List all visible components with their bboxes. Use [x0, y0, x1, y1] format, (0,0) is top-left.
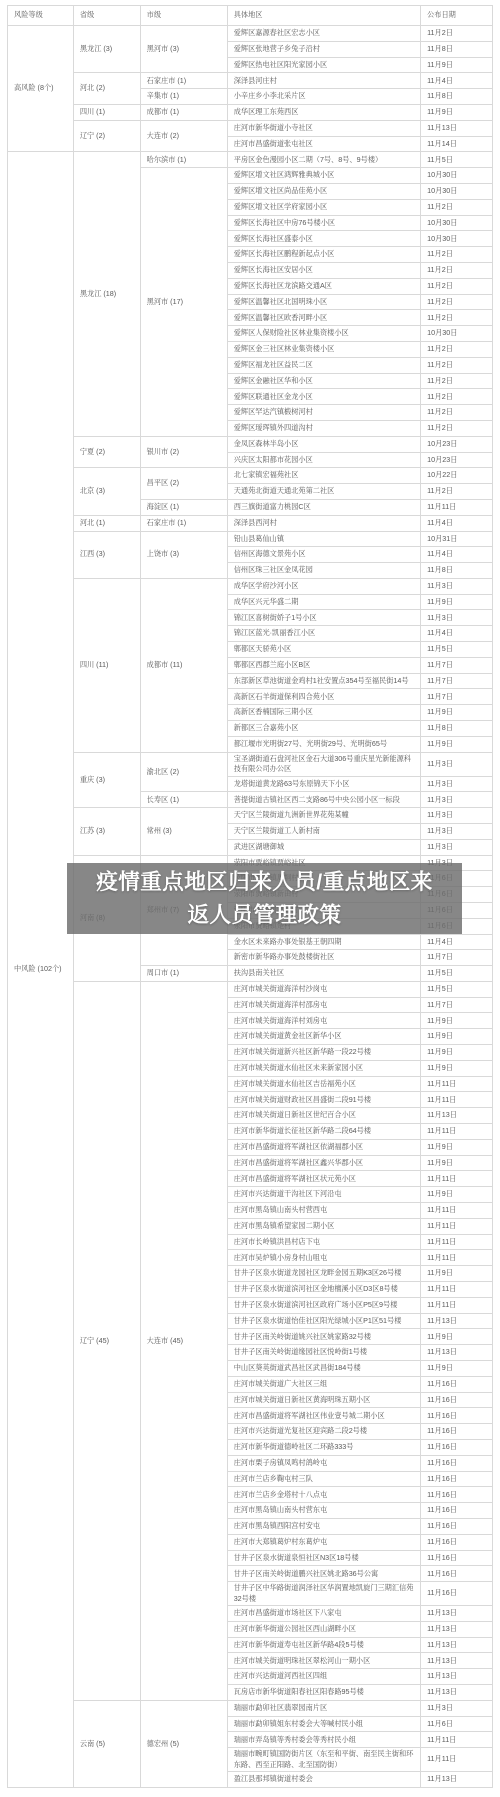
date-cell: 11月11日 — [421, 1250, 493, 1266]
table-row: 四川 (11)成都市 (11)成华区学府沙河小区11月3日 — [8, 578, 493, 594]
area-cell: 金凤区森林半岛小区 — [227, 436, 420, 452]
area-cell: 爱辉区金融社区华和小区 — [227, 373, 420, 389]
table-row: 北京 (3)昌平区 (2)北七家镇宏福苑社区10月22日 — [8, 468, 493, 484]
area-cell: 庄河市黑岛镇希望家园二期小区 — [227, 1218, 420, 1234]
area-cell: 中山区葵英街道武昌社区武昌街184号楼 — [227, 1361, 420, 1377]
area-cell: 新都区三合嘉苑小区 — [227, 721, 420, 737]
province-cell: 河北 (1) — [73, 515, 140, 531]
date-cell: 11月16日 — [421, 1455, 493, 1471]
column-header-0: 风险等级 — [8, 6, 74, 26]
area-cell: 庄河市城关街道明珠社区翠松河山一期小区 — [227, 1653, 420, 1669]
overlay-title-banner: 疫情重点地区归来人员/重点地区来 返人员管理政策 — [67, 863, 462, 934]
date-cell: 11月16日 — [421, 1566, 493, 1582]
area-cell: 深泽县西河村 — [227, 515, 420, 531]
date-cell: 11月9日 — [421, 1060, 493, 1076]
area-cell: 盈江县那邦镇街道村委会 — [227, 1772, 420, 1788]
date-cell: 11月13日 — [421, 1606, 493, 1622]
area-cell: 成华区理工东苑西区 — [227, 104, 420, 120]
area-cell: 爱辉区热电社区阳光家园小区 — [227, 57, 420, 73]
area-cell: 爱辉区增文社区鸿辉雅典城小区 — [227, 168, 420, 184]
date-cell: 11月16日 — [421, 1550, 493, 1566]
city-cell: 辛集市 (1) — [140, 89, 227, 105]
area-cell: 爱辉区人保财险社区林业集资楼小区 — [227, 326, 420, 342]
area-cell: 庄河市新华街道公园社区西山湖畔小区 — [227, 1621, 420, 1637]
table-row: 河北 (2)石家庄市 (1)深泽县河庄村11月4日 — [8, 73, 493, 89]
date-cell: 11月8日 — [421, 721, 493, 737]
area-cell: 爱辉区罕达汽镇椴树河村 — [227, 405, 420, 421]
province-cell: 北京 (3) — [73, 468, 140, 515]
city-cell: 石家庄市 (1) — [140, 515, 227, 531]
area-cell: 锦江区喜树街娇子1号小区 — [227, 610, 420, 626]
area-cell: 庄河市黑岛镇西阳宫村安屯 — [227, 1518, 420, 1534]
city-cell: 常州 (3) — [140, 808, 227, 855]
city-cell: 黑河市 (3) — [140, 26, 227, 73]
area-cell: 甘井子区中华路街道润泽社区华润置地凯旋门三期汇信苑32号楼 — [227, 1582, 420, 1606]
date-cell: 11月11日 — [421, 1732, 493, 1748]
overlay-title-line2: 返人员管理政策 — [187, 899, 341, 931]
area-cell: 庄河市新华街道小寺社区 — [227, 120, 420, 136]
province-cell: 云南 (5) — [73, 1700, 140, 1787]
city-cell: 成都市 (11) — [140, 578, 227, 752]
area-cell: 扶沟县南关社区 — [227, 966, 420, 982]
area-cell: 高新区石羊街道保利四合苑小区 — [227, 689, 420, 705]
area-cell: 庄河市城关街道海洋村沙岗屯 — [227, 981, 420, 997]
date-cell: 11月11日 — [421, 1282, 493, 1298]
area-cell: 爱辉区瑷珲镇外四道沟村 — [227, 420, 420, 436]
date-cell: 11月9日 — [421, 1029, 493, 1045]
date-cell: 11月2日 — [421, 484, 493, 500]
province-cell: 辽宁 (2) — [73, 120, 140, 152]
area-cell: 甘井子区泉水街道滨河社区政府广场小区P5区9号楼 — [227, 1297, 420, 1313]
date-cell: 11月4日 — [421, 934, 493, 950]
area-cell: 庄河市昌盛街道市场社区下八家屯 — [227, 1606, 420, 1622]
table-row: 云南 (5)德宏州 (5)瑞丽市勐卯社区翡翠园南片区11月3日 — [8, 1700, 493, 1716]
date-cell: 11月13日 — [421, 1669, 493, 1685]
date-cell: 11月9日 — [421, 1045, 493, 1061]
date-cell: 11月2日 — [421, 373, 493, 389]
area-cell: 爱辉区温馨社区欧香河畔小区 — [227, 310, 420, 326]
date-cell: 11月3日 — [421, 610, 493, 626]
date-cell: 10月23日 — [421, 452, 493, 468]
area-cell: 庄河市新华街道德岭社区二环路333号 — [227, 1440, 420, 1456]
date-cell: 11月13日 — [421, 1345, 493, 1361]
area-cell: 庄河市兴达街道光复社区迎宾路二段2号楼 — [227, 1424, 420, 1440]
date-cell: 11月16日 — [421, 1518, 493, 1534]
date-cell: 11月3日 — [421, 776, 493, 792]
province-cell: 四川 (1) — [73, 104, 140, 120]
area-cell: 庄河市兰店乡金塔村十八点屯 — [227, 1487, 420, 1503]
table-row: 河北 (1)石家庄市 (1)深泽县西河村11月4日 — [8, 515, 493, 531]
area-cell: 高新区香楠国际三期小区 — [227, 705, 420, 721]
date-cell: 11月11日 — [421, 1124, 493, 1140]
area-cell: 甘井子区泉水街道龙园社区龙畔金园五期K3区26号楼 — [227, 1266, 420, 1282]
area-cell: 庄河市城关街道海洋村邵房屯 — [227, 997, 420, 1013]
area-cell: 庄河市昌盛街道将军湖社区状元苑小区 — [227, 1171, 420, 1187]
date-cell: 11月13日 — [421, 120, 493, 136]
area-cell: 庄河市栗子房镇凤鸣村鸽岭屯 — [227, 1455, 420, 1471]
page: { "overlay": { "title_line1": "疫情重点地区归来人… — [0, 0, 500, 1797]
area-cell: 西三旗街道富力桃园C区 — [227, 499, 420, 515]
date-cell: 11月13日 — [421, 1685, 493, 1701]
date-cell: 11月16日 — [421, 1582, 493, 1606]
date-cell: 10月30日 — [421, 183, 493, 199]
area-cell: 庄河市新华街道长征社区新华路二段64号楼 — [227, 1124, 420, 1140]
area-cell: 爱辉区福龙社区益民二区 — [227, 357, 420, 373]
date-cell: 11月9日 — [421, 57, 493, 73]
area-cell: 武进区湖塘御城 — [227, 839, 420, 855]
column-header-4: 公布日期 — [421, 6, 493, 26]
date-cell: 11月5日 — [421, 966, 493, 982]
area-cell: 龙塔街道黄龙路63号东原锦天下小区 — [227, 776, 420, 792]
area-cell: 爱辉区长海社区盛泰小区 — [227, 231, 420, 247]
date-cell: 11月16日 — [421, 1408, 493, 1424]
area-cell: 庄河市大郑镇葛炉村东葛炉屯 — [227, 1534, 420, 1550]
date-cell: 11月9日 — [421, 736, 493, 752]
area-cell: 天通苑北街道天通北苑第二社区 — [227, 484, 420, 500]
date-cell: 11月16日 — [421, 1503, 493, 1519]
date-cell: 11月11日 — [421, 1297, 493, 1313]
area-cell: 庄河市吴炉镇小房身村山咀屯 — [227, 1250, 420, 1266]
area-cell: 小辛庄乡小李北采片区 — [227, 89, 420, 105]
date-cell: 11月2日 — [421, 262, 493, 278]
province-cell: 四川 (11) — [73, 578, 140, 752]
date-cell: 11月9日 — [421, 1139, 493, 1155]
date-cell: 11月7日 — [421, 673, 493, 689]
area-cell: 庄河市黑岛镇山南头村营西屯 — [227, 1203, 420, 1219]
overlay-title-line1: 疫情重点地区归来人员/重点地区来 — [96, 866, 432, 898]
area-cell: 成华区兴元华盛二期 — [227, 594, 420, 610]
date-cell: 11月7日 — [421, 997, 493, 1013]
date-cell: 11月13日 — [421, 1772, 493, 1788]
area-cell: 庄河市城关街道日新社区黄海明珠五期小区 — [227, 1392, 420, 1408]
date-cell: 11月7日 — [421, 657, 493, 673]
area-cell: 庄河市新华街道寿屯社区新华路4段5号楼 — [227, 1637, 420, 1653]
province-cell: 黑龙江 (3) — [73, 26, 140, 73]
date-cell: 10月31日 — [421, 531, 493, 547]
date-cell: 11月3日 — [421, 1700, 493, 1716]
area-cell: 爱辉区长海社区安居小区 — [227, 262, 420, 278]
risk-table-header: 风险等级省级市级具体地区公布日期 — [8, 6, 493, 26]
area-cell: 平房区金色漫园小区二期（7号、8号、9号楼） — [227, 152, 420, 168]
area-cell: 成华区学府沙河小区 — [227, 578, 420, 594]
date-cell: 11月16日 — [421, 1440, 493, 1456]
area-cell: 庄河市昌盛街道将军湖社区依湖福郡小区 — [227, 1139, 420, 1155]
city-cell: 大连市 (2) — [140, 120, 227, 152]
date-cell: 11月3日 — [421, 823, 493, 839]
city-cell: 德宏州 (5) — [140, 1700, 227, 1787]
date-cell: 11月13日 — [421, 1637, 493, 1653]
area-cell: 甘井子区南关岭街道姚兴社区姚家路32号楼 — [227, 1329, 420, 1345]
area-cell: 瑞丽市勐卯社区翡翠园南片区 — [227, 1700, 420, 1716]
area-cell: 瑞丽市弄岛镇等秀村委会等秀村民小组 — [227, 1732, 420, 1748]
date-cell: 11月8日 — [421, 563, 493, 579]
area-cell: 爱辉区增文社区尚品佳苑小区 — [227, 183, 420, 199]
date-cell: 11月9日 — [421, 1361, 493, 1377]
date-cell: 11月7日 — [421, 689, 493, 705]
area-cell: 信州区珠三社区金凤花园 — [227, 563, 420, 579]
area-cell: 庄河市昌盛街道张屯社区 — [227, 136, 420, 152]
province-cell: 江西 (3) — [73, 531, 140, 578]
date-cell: 11月2日 — [421, 357, 493, 373]
province-cell: 宁夏 (2) — [73, 436, 140, 468]
area-cell: 庄河市兰店乡鞠屯村三队 — [227, 1471, 420, 1487]
area-cell: 庄河市兴达街道干沟社区下河沿屯 — [227, 1187, 420, 1203]
date-cell: 11月16日 — [421, 1487, 493, 1503]
area-cell: 瓦房店市新华街道阳春社区阳春路95号楼 — [227, 1685, 420, 1701]
date-cell: 11月16日 — [421, 1471, 493, 1487]
date-cell: 11月6日 — [421, 1716, 493, 1732]
date-cell: 11月5日 — [421, 152, 493, 168]
date-cell: 10月30日 — [421, 215, 493, 231]
date-cell: 11月7日 — [421, 950, 493, 966]
area-cell: 庄河市黑岛镇山南头村营东屯 — [227, 1503, 420, 1519]
area-cell: 信州区海德文景苑小区 — [227, 547, 420, 563]
area-cell: 甘井子区泉水街道滨河社区金地檀溪小区D3区8号楼 — [227, 1282, 420, 1298]
date-cell: 10月30日 — [421, 326, 493, 342]
date-cell: 11月2日 — [421, 310, 493, 326]
area-cell: 宝圣湖街道石盘河社区金石大道306号重庆星光新能源科技有限公司办公区 — [227, 752, 420, 776]
date-cell: 11月8日 — [421, 41, 493, 57]
area-cell: 天宁区兰陵街道九洲新世界花苑某幢 — [227, 808, 420, 824]
city-cell: 昌平区 (2) — [140, 468, 227, 500]
date-cell: 11月9日 — [421, 705, 493, 721]
city-cell: 海淀区 (1) — [140, 499, 227, 515]
date-cell: 11月9日 — [421, 594, 493, 610]
city-cell: 哈尔滨市 (1) — [140, 152, 227, 168]
date-cell: 11月8日 — [421, 89, 493, 105]
area-cell: 庄河市长岭镇洪昌村店下屯 — [227, 1234, 420, 1250]
city-cell: 周口市 (1) — [140, 966, 227, 982]
area-cell: 甘井子区泉水街道泉恒社区N3区18号楼 — [227, 1550, 420, 1566]
date-cell: 11月3日 — [421, 792, 493, 808]
area-cell: 北七家镇宏福苑社区 — [227, 468, 420, 484]
city-cell: 渝北区 (2) — [140, 752, 227, 792]
area-cell: 庄河市城关街道水仙社区未来新家园小区 — [227, 1060, 420, 1076]
area-cell: 菩提街道古镇社区西二支路86号中央公园小区一标段 — [227, 792, 420, 808]
area-cell: 庄河市城关街道财政社区昌盛街二段91号楼 — [227, 1092, 420, 1108]
column-header-1: 省级 — [73, 6, 140, 26]
area-cell: 庄河市城关街道黄金社区新华小区 — [227, 1029, 420, 1045]
area-cell: 深泽县河庄村 — [227, 73, 420, 89]
risk-level-cell: 中风险 (102个) — [8, 152, 74, 1788]
date-cell: 10月23日 — [421, 436, 493, 452]
date-cell: 11月11日 — [421, 1748, 493, 1772]
province-cell: 河北 (2) — [73, 73, 140, 105]
date-cell: 11月2日 — [421, 247, 493, 263]
date-cell: 11月11日 — [421, 1092, 493, 1108]
date-cell: 10月22日 — [421, 468, 493, 484]
date-cell: 11月3日 — [421, 808, 493, 824]
table-row: 辽宁 (2)大连市 (2)庄河市新华街道小寺社区11月13日 — [8, 120, 493, 136]
area-cell: 爱辉区长海社区中房76号楼小区 — [227, 215, 420, 231]
area-cell: 金水区未来路办事处银基王朝四期 — [227, 934, 420, 950]
date-cell: 11月2日 — [421, 294, 493, 310]
table-row: 四川 (1)成都市 (1)成华区理工东苑西区11月9日 — [8, 104, 493, 120]
area-cell: 爱辉区长海社区鹏程新起点小区 — [227, 247, 420, 263]
date-cell: 11月2日 — [421, 278, 493, 294]
area-cell: 爱辉区长海社区龙滨路交通A区 — [227, 278, 420, 294]
date-cell: 11月9日 — [421, 1013, 493, 1029]
date-cell: 11月11日 — [421, 1234, 493, 1250]
date-cell: 11月14日 — [421, 136, 493, 152]
area-cell: 爱辉区嘉源春社区宏志小区 — [227, 26, 420, 42]
area-cell: 爱辉区温馨社区北国明珠小区 — [227, 294, 420, 310]
table-row: 江西 (3)上饶市 (3)铅山县葛仙山镇10月31日 — [8, 531, 493, 547]
area-cell: 庄河市城关街道海洋村刘房屯 — [227, 1013, 420, 1029]
area-cell: 东部新区草池街道金鸡村1社安置点354号至福民街14号 — [227, 673, 420, 689]
area-cell: 瑞丽市勐卯镇姐东村委会大等喊村民小组 — [227, 1716, 420, 1732]
area-cell: 新密市新华路办事处鼓楼街社区 — [227, 950, 420, 966]
city-cell: 石家庄市 (1) — [140, 73, 227, 89]
risk-level-cell: 高风险 (8个) — [8, 26, 74, 152]
column-header-2: 市级 — [140, 6, 227, 26]
area-cell: 庄河市城关街道水仙社区吉岳福苑小区 — [227, 1076, 420, 1092]
area-cell: 天宁区兰陵街道工人新村南 — [227, 823, 420, 839]
table-row: 宁夏 (2)银川市 (2)金凤区森林半岛小区10月23日 — [8, 436, 493, 452]
area-cell: 庄河市城关街道广大社区三组 — [227, 1376, 420, 1392]
date-cell: 11月11日 — [421, 1076, 493, 1092]
area-cell: 爱辉区增文社区学府家园小区 — [227, 199, 420, 215]
area-cell: 爱辉区张地营子乡兔子沿村 — [227, 41, 420, 57]
date-cell: 11月13日 — [421, 1653, 493, 1669]
area-cell: 郫都区天骄苑小区 — [227, 642, 420, 658]
area-cell: 锦江区蓝光·凯丽香江小区 — [227, 626, 420, 642]
province-cell: 黑龙江 (18) — [73, 152, 140, 436]
date-cell: 11月4日 — [421, 626, 493, 642]
date-cell: 11月2日 — [421, 389, 493, 405]
area-cell: 庄河市城关街道新兴社区新华路一段22号楼 — [227, 1045, 420, 1061]
province-cell: 重庆 (3) — [73, 752, 140, 807]
date-cell: 11月4日 — [421, 547, 493, 563]
table-row: 重庆 (3)渝北区 (2)宝圣湖街道石盘河社区金石大道306号重庆星光新能源科技… — [8, 752, 493, 776]
date-cell: 11月13日 — [421, 1108, 493, 1124]
area-cell: 爱辉区联通社区金龙小区 — [227, 389, 420, 405]
date-cell: 11月4日 — [421, 73, 493, 89]
date-cell: 11月11日 — [421, 1171, 493, 1187]
city-cell: 成都市 (1) — [140, 104, 227, 120]
date-cell: 11月3日 — [421, 839, 493, 855]
date-cell: 11月2日 — [421, 199, 493, 215]
date-cell: 10月30日 — [421, 231, 493, 247]
date-cell: 11月9日 — [421, 1266, 493, 1282]
area-cell: 兴庆区太阳都市花园小区 — [227, 452, 420, 468]
area-cell: 庄河市城关街道日新社区世纪百合小区 — [227, 1108, 420, 1124]
table-row: 辽宁 (45)大连市 (45)庄河市城关街道海洋村沙岗屯11月5日 — [8, 981, 493, 997]
area-cell: 都江堰市光明街27号、光明街29号、光明街65号 — [227, 736, 420, 752]
date-cell: 11月13日 — [421, 1621, 493, 1637]
table-row: 中风险 (102个)黑龙江 (18)哈尔滨市 (1)平房区金色漫园小区二期（7号… — [8, 152, 493, 168]
date-cell: 11月16日 — [421, 1424, 493, 1440]
date-cell: 11月3日 — [421, 752, 493, 776]
date-cell: 11月2日 — [421, 420, 493, 436]
area-cell: 甘井子区南关岭街道鹏兴社区姚北路36号公寓 — [227, 1566, 420, 1582]
date-cell: 10月30日 — [421, 168, 493, 184]
date-cell: 11月5日 — [421, 642, 493, 658]
area-cell: 瑞丽市畹町镇国防街片区（东至和平街、南至民主街和环东路、西至正阳路、北至国防街） — [227, 1748, 420, 1772]
date-cell: 11月9日 — [421, 1187, 493, 1203]
date-cell: 11月16日 — [421, 1376, 493, 1392]
date-cell: 11月3日 — [421, 578, 493, 594]
table-row: 高风险 (8个)黑龙江 (3)黑河市 (3)爱辉区嘉源春社区宏志小区11月2日 — [8, 26, 493, 42]
city-cell: 长寿区 (1) — [140, 792, 227, 808]
city-cell: 黑河市 (17) — [140, 168, 227, 437]
date-cell: 11月9日 — [421, 104, 493, 120]
date-cell: 11月16日 — [421, 1392, 493, 1408]
area-cell: 甘井子区南关岭街道缘园社区悦岭街1号楼 — [227, 1345, 420, 1361]
area-cell: 爱辉区金三社区林业集资楼小区 — [227, 341, 420, 357]
table-row: 江苏 (3)常州 (3)天宁区兰陵街道九洲新世界花苑某幢11月3日 — [8, 808, 493, 824]
area-cell: 庄河市昌盛街道将军湖社区鑫兴华郡小区 — [227, 1155, 420, 1171]
date-cell: 11月4日 — [421, 515, 493, 531]
area-cell: 郫都区西郡兰庭小区B区 — [227, 657, 420, 673]
area-cell: 甘井子区泉水街道怡佳社区阳光绿城小区P1区51号楼 — [227, 1313, 420, 1329]
date-cell: 11月13日 — [421, 1313, 493, 1329]
area-cell: 庄河市兴达街道河西社区四组 — [227, 1669, 420, 1685]
date-cell: 11月16日 — [421, 1534, 493, 1550]
province-cell: 辽宁 (45) — [73, 981, 140, 1700]
area-cell: 铅山县葛仙山镇 — [227, 531, 420, 547]
city-cell: 大连市 (45) — [140, 981, 227, 1700]
date-cell: 11月11日 — [421, 1218, 493, 1234]
date-cell: 11月11日 — [421, 1203, 493, 1219]
province-cell: 江苏 (3) — [73, 808, 140, 855]
date-cell: 11月11日 — [421, 499, 493, 515]
city-cell: 上饶市 (3) — [140, 531, 227, 578]
date-cell: 11月5日 — [421, 981, 493, 997]
area-cell: 庄河市昌盛街道将军湖社区伟业壹号城二期小区 — [227, 1408, 420, 1424]
date-cell: 11月9日 — [421, 1155, 493, 1171]
date-cell: 11月9日 — [421, 1329, 493, 1345]
date-cell: 11月2日 — [421, 26, 493, 42]
city-cell: 银川市 (2) — [140, 436, 227, 468]
column-header-3: 具体地区 — [227, 6, 420, 26]
date-cell: 11月2日 — [421, 405, 493, 421]
date-cell: 11月2日 — [421, 341, 493, 357]
